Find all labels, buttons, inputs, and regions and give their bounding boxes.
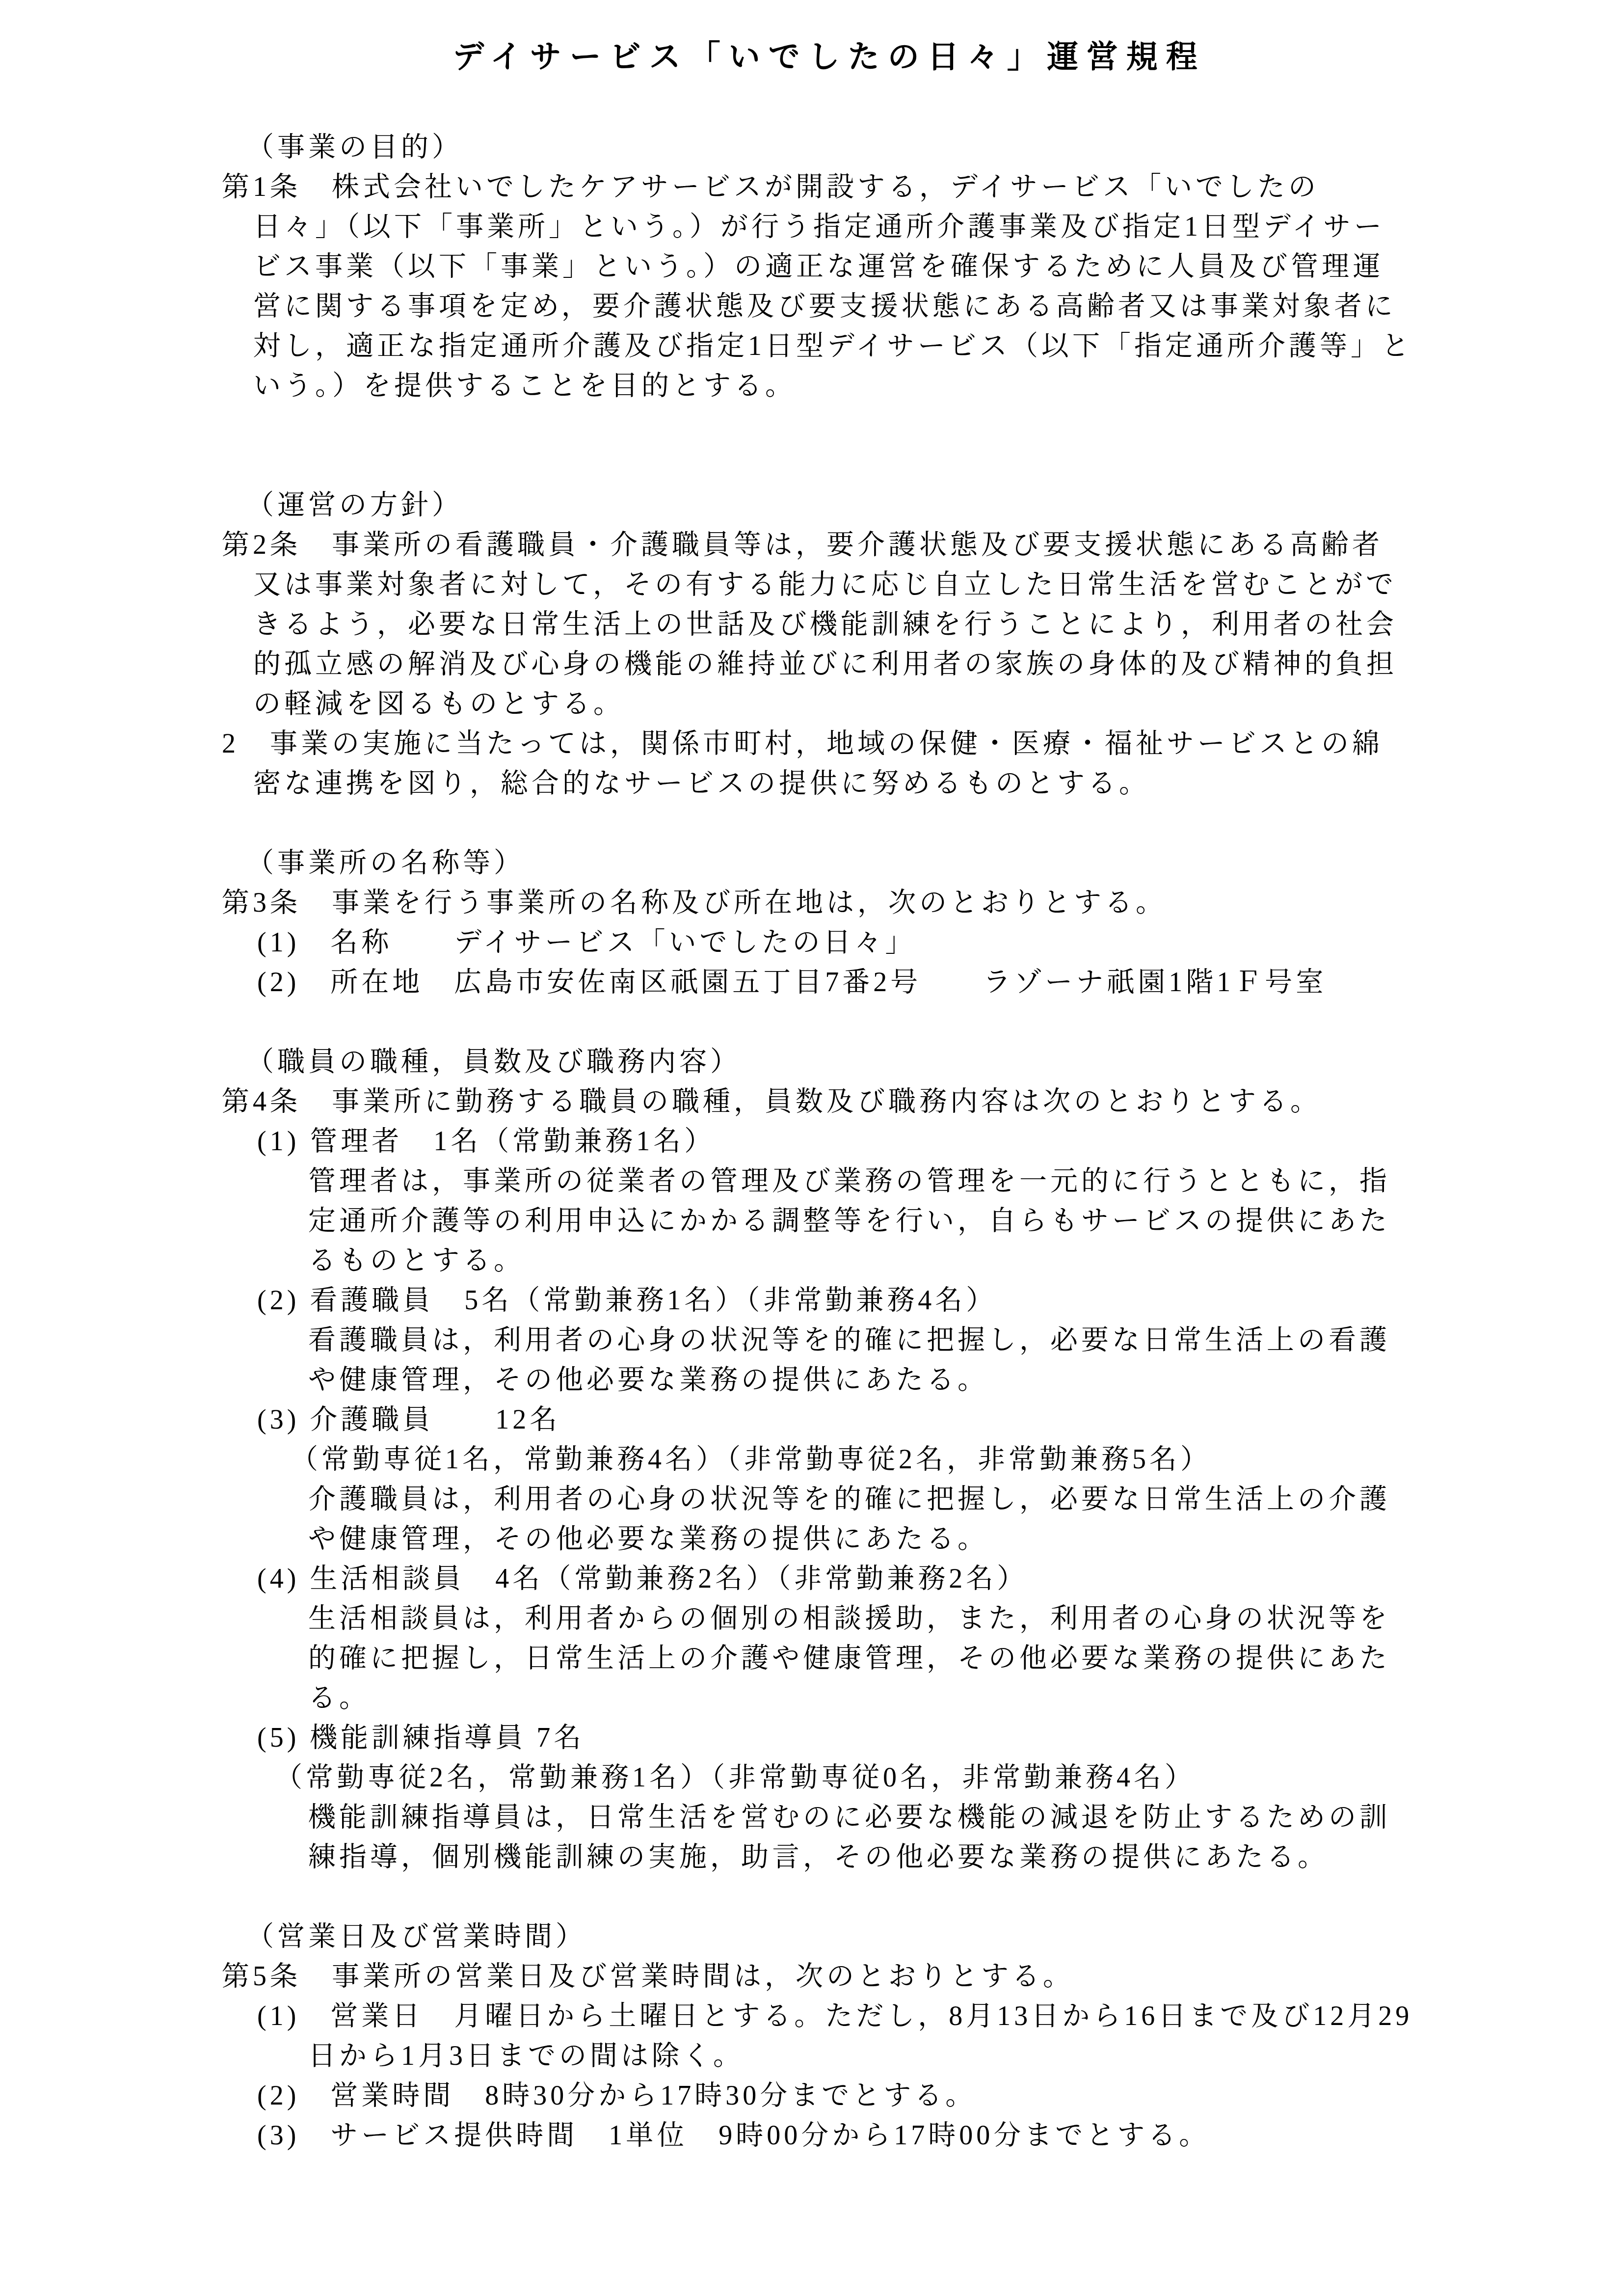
document-line: (1) 営業日 月曜日から土曜日とする。ただし，8月13日から16日まで及び12… [222, 1997, 1437, 2036]
document-line: （常勤専従2名，常勤兼務1名）（非常勤専従0名，非常勤兼務4名） [222, 1758, 1437, 1798]
document-line: ビス事業（以下「事業」という。）の適正な運営を確保するために人員及び管理運 [222, 247, 1437, 287]
document-line: (2) 所在地 広島市安佐南区祇園五丁目7番2号 ラゾーナ祇園1階1Ｆ号室 [222, 963, 1437, 1002]
section-name-location: （事業所の名称等） 第3条 事業を行う事業所の名称及び所在地は，次のとおりとする… [222, 843, 1437, 1002]
document-line: (5) 機能訓練指導員 7名 [222, 1718, 1437, 1758]
document-line: 生活相談員は，利用者からの個別の相談援助，また，利用者の心身の状況等を [222, 1599, 1437, 1639]
document-line: や健康管理，その他必要な業務の提供にあたる。 [222, 1360, 1437, 1400]
section-heading: （事業所の名称等） [222, 843, 1437, 883]
document-line: 第2条 事業所の看護職員・介護職員等は，要介護状態及び要支援状態にある高齢者 [222, 525, 1437, 565]
page: デイサービス「いでしたの日々」運営規程 （事業の目的） 第1条 株式会社いでした… [0, 0, 1623, 2296]
document-line: (4) 生活相談員 4名（常勤兼務2名）（非常勤兼務2名） [222, 1559, 1437, 1599]
document-line: 又は事業対象者に対して，その有する能力に応じ自立した日常生活を営むことがで [222, 565, 1437, 605]
document-line: の軽減を図るものとする。 [222, 684, 1437, 724]
section-heading: （職員の職種，員数及び職務内容） [222, 1042, 1437, 1082]
document-line: (2) 営業時間 8時30分から17時30分までとする。 [222, 2076, 1437, 2116]
document-line: 日から1月3日までの間は除く。 [222, 2036, 1437, 2076]
document-line: 練指導，個別機能訓練の実施，助言，その他必要な業務の提供にあたる。 [222, 1837, 1437, 1877]
document-line: (1) 名称 デイサービス「いでしたの日々」 [222, 923, 1437, 963]
document-line: (3) 介護職員 12名 [222, 1400, 1437, 1440]
document-line: 密な連携を図り，総合的なサービスの提供に努めるものとする。 [222, 764, 1437, 804]
document-line: (2) 看護職員 5名（常勤兼務1名）（非常勤兼務4名） [222, 1281, 1437, 1321]
document-line: 第5条 事業所の営業日及び営業時間は，次のとおりとする。 [222, 1957, 1437, 1997]
document-line: いう。）を提供することを目的とする。 [222, 366, 1437, 406]
document-line: 機能訓練指導員は，日常生活を営むのに必要な機能の減退を防止するための訓 [222, 1798, 1437, 1837]
section-policy: （運営の方針） 第2条 事業所の看護職員・介護職員等は，要介護状態及び要支援状態… [222, 486, 1437, 804]
document-line: るものとする。 [222, 1241, 1437, 1281]
document-line: 的孤立感の解消及び心身の機能の維持並びに利用者の家族の身体的及び精神的負担 [222, 645, 1437, 684]
section-business-hours: （営業日及び営業時間） 第5条 事業所の営業日及び営業時間は，次のとおりとする。… [222, 1917, 1437, 2156]
section-heading: （事業の目的） [222, 128, 1437, 167]
section-staff: （職員の職種，員数及び職務内容） 第4条 事業所に勤務する職員の職種，員数及び職… [222, 1042, 1437, 1877]
document-line: 日々」（以下「事業所」という。）が行う指定通所介護事業及び指定1日型デイサー [222, 207, 1437, 247]
document-line: (1) 管理者 1名（常勤兼務1名） [222, 1122, 1437, 1162]
document-line: 介護職員は，利用者の心身の状況等を的確に把握し，必要な日常生活上の介護 [222, 1480, 1437, 1519]
document-line: 看護職員は，利用者の心身の状況等を的確に把握し，必要な日常生活上の看護 [222, 1321, 1437, 1360]
document-line: 定通所介護等の利用申込にかかる調整等を行い，自らもサービスの提供にあた [222, 1201, 1437, 1241]
section-heading: （営業日及び営業時間） [222, 1917, 1437, 1957]
document-line: や健康管理，その他必要な業務の提供にあたる。 [222, 1519, 1437, 1559]
document-line: （常勤専従1名，常勤兼務4名）（非常勤専従2名，非常勤兼務5名） [222, 1440, 1437, 1480]
document-line: 第4条 事業所に勤務する職員の職種，員数及び職務内容は次のとおりとする。 [222, 1082, 1437, 1122]
document-line: きるよう，必要な日常生活上の世話及び機能訓練を行うことにより，利用者の社会 [222, 605, 1437, 645]
document-line: る。 [222, 1678, 1437, 1718]
section-heading: （運営の方針） [222, 486, 1437, 525]
document-line: (3) サービス提供時間 1単位 9時00分から17時00分までとする。 [222, 2116, 1437, 2156]
section-purpose: （事業の目的） 第1条 株式会社いでしたケアサービスが開設する，デイサービス「い… [222, 128, 1437, 406]
document-line: 2 事業の実施に当たっては，関係市町村，地域の保健・医療・福祉サービスとの綿 [222, 724, 1437, 764]
document-line: 管理者は，事業所の従業者の管理及び業務の管理を一元的に行うとともに，指 [222, 1162, 1437, 1201]
document-line: 第3条 事業を行う事業所の名称及び所在地は，次のとおりとする。 [222, 883, 1437, 923]
document-line: 第1条 株式会社いでしたケアサービスが開設する，デイサービス「いでしたの [222, 167, 1437, 207]
document-title: デイサービス「いでしたの日々」運営規程 [222, 32, 1437, 81]
document-line: 営に関する事項を定め，要介護状態及び要支援状態にある高齢者又は事業対象者に [222, 287, 1437, 326]
document-line: 的確に把握し，日常生活上の介護や健康管理，その他必要な業務の提供にあた [222, 1639, 1437, 1678]
document-line: 対し，適正な指定通所介護及び指定1日型デイサービス（以下「指定通所介護等」と [222, 326, 1437, 366]
